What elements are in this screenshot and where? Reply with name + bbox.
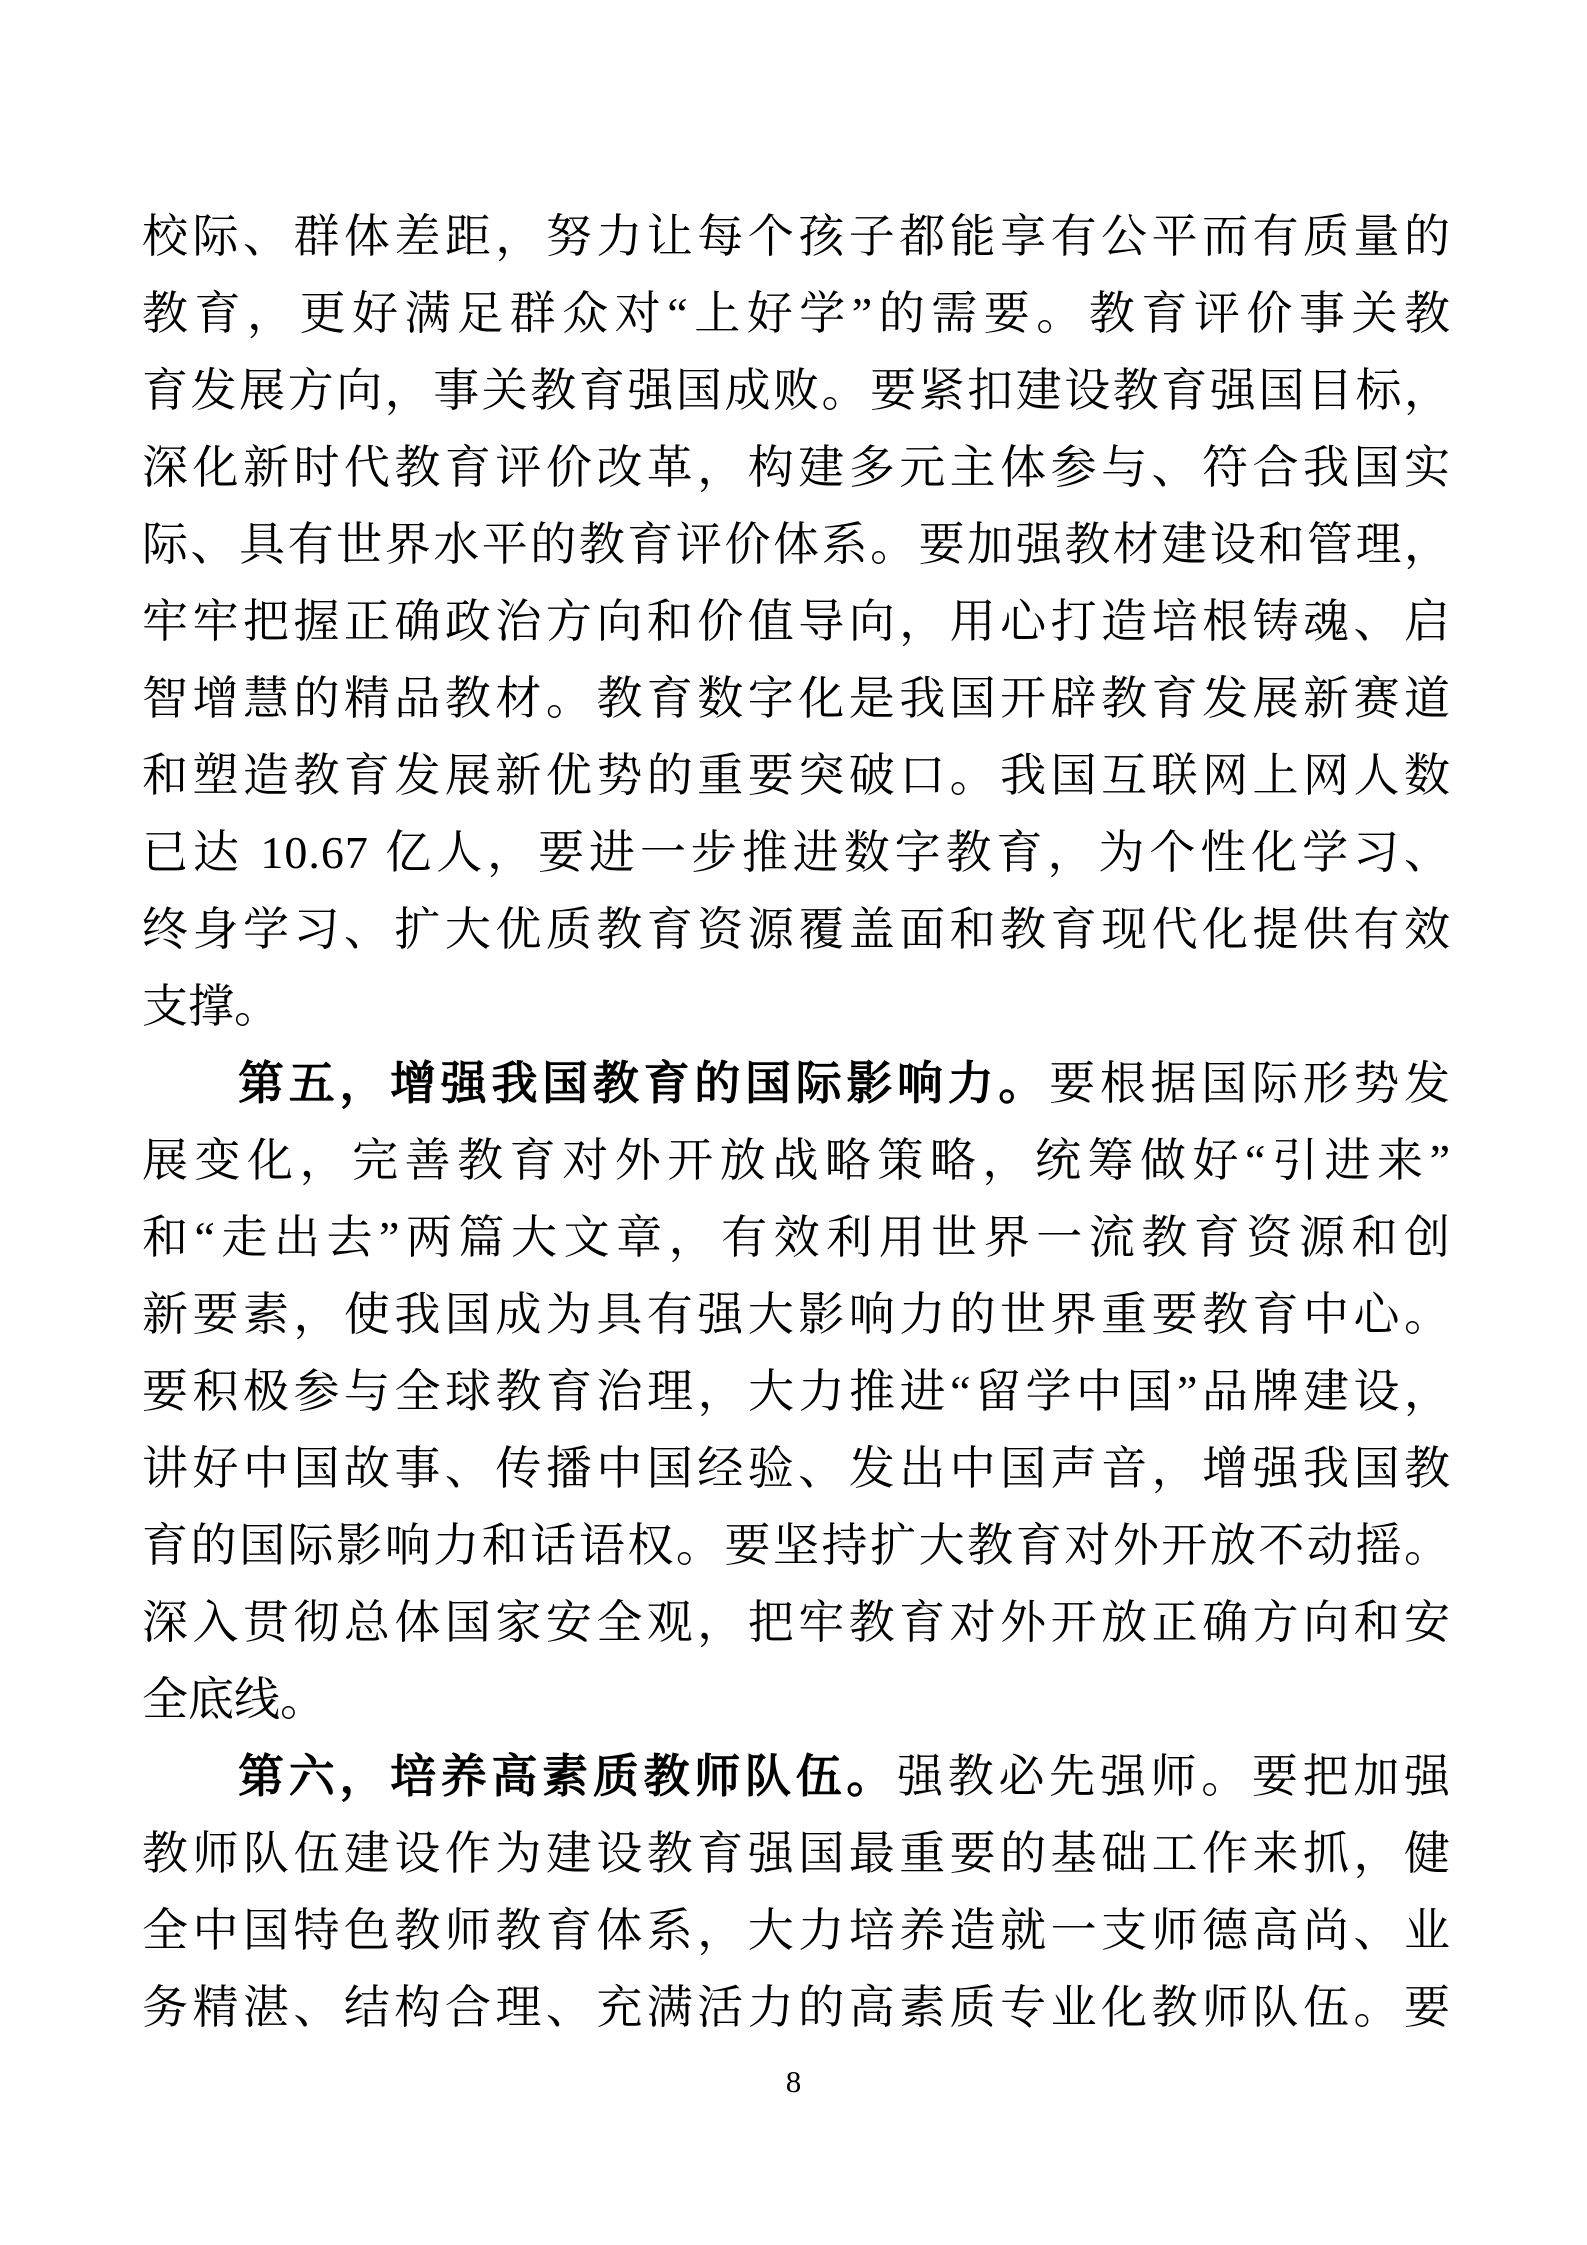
text-line: 智增慧的精品教材。教育数字化是我国开辟教育发展新赛道 <box>142 660 1450 737</box>
text-segment: 新要素，使我国成为具有强大影响力的世界重要教育中心。 <box>142 1289 1450 1340</box>
text-segment: 终身学习、扩大优质教育资源覆盖面和教育现代化提供有效 <box>142 904 1450 955</box>
text-segment: 育发展方向，事关教育强国成败。要紧扣建设教育强国目标， <box>142 365 1450 416</box>
text-segment: 和“走出去”两篇大文章，有效利用世界一流教育资源和创 <box>142 1212 1450 1263</box>
text-segment: 深入贯彻总体国家安全观，把牢教育对外开放正确方向和安 <box>142 1597 1450 1648</box>
text-line: 育的国际影响力和话语权。要坚持扩大教育对外开放不动摇。 <box>142 1507 1450 1584</box>
text-segment: 展变化，完善教育对外开放战略策略，统筹做好“引进来” <box>142 1135 1450 1186</box>
text-line: 和“走出去”两篇大文章，有效利用世界一流教育资源和创 <box>142 1199 1450 1276</box>
text-line: 际、具有世界水平的教育评价体系。要加强教材建设和管理， <box>142 506 1450 583</box>
text-line: 要积极参与全球教育治理，大力推进“留学中国”品牌建设， <box>142 1353 1450 1430</box>
text-line: 务精湛、结构合理、充满活力的高素质专业化教师队伍。要 <box>142 1969 1450 2046</box>
text-line: 和塑造教育发展新优势的重要突破口。我国互联网上网人数 <box>142 737 1450 814</box>
text-segment: 讲好中国故事、传播中国经验、发出中国声音，增强我国教 <box>142 1443 1450 1494</box>
text-segment: 第六，培养高素质教师队伍。 <box>238 1750 897 1802</box>
text-line: 牢牢把握正确政治方向和价值导向，用心打造培根铸魂、启 <box>142 583 1450 660</box>
text-line: 深入贯彻总体国家安全观，把牢教育对外开放正确方向和安 <box>142 1584 1450 1661</box>
text-line: 新要素，使我国成为具有强大影响力的世界重要教育中心。 <box>142 1276 1450 1353</box>
text-segment: 务精湛、结构合理、充满活力的高素质专业化教师队伍。要 <box>142 1982 1450 2033</box>
text-line: 讲好中国故事、传播中国经验、发出中国声音，增强我国教 <box>142 1430 1450 1507</box>
text-segment: 全底线。 <box>142 1674 326 1725</box>
text-segment: 校际、群体差距，努力让每个孩子都能享有公平而有质量的 <box>142 211 1450 262</box>
text-line: 第六，培养高素质教师队伍。强教必先强师。要把加强 <box>142 1738 1450 1815</box>
text-line: 支撑。 <box>142 968 1450 1045</box>
text-segment: 教育，更好满足群众对“上好学”的需要。教育评价事关教 <box>142 288 1450 339</box>
page-number: 8 <box>0 2062 1587 2102</box>
text-segment: 牢牢把握正确政治方向和价值导向，用心打造培根铸魂、启 <box>142 596 1450 647</box>
text-segment: 育的国际影响力和话语权。要坚持扩大教育对外开放不动摇。 <box>142 1520 1450 1571</box>
text-segment: 和塑造教育发展新优势的重要突破口。我国互联网上网人数 <box>142 750 1450 801</box>
text-segment: 智增慧的精品教材。教育数字化是我国开辟教育发展新赛道 <box>142 673 1450 724</box>
text-line: 终身学习、扩大优质教育资源覆盖面和教育现代化提供有效 <box>142 891 1450 968</box>
document-text-block: 校际、群体差距，努力让每个孩子都能享有公平而有质量的教育，更好满足群众对“上好学… <box>142 198 1450 2046</box>
text-line: 教师队伍建设作为建设教育强国最重要的基础工作来抓，健 <box>142 1815 1450 1892</box>
text-line: 全中国特色教师教育体系，大力培养造就一支师德高尚、业 <box>142 1892 1450 1969</box>
text-segment: 10.67 <box>260 827 369 878</box>
text-segment: 全中国特色教师教育体系，大力培养造就一支师德高尚、业 <box>142 1905 1450 1956</box>
text-line: 教育，更好满足群众对“上好学”的需要。教育评价事关教 <box>142 275 1450 352</box>
text-line: 深化新时代教育评价改革，构建多元主体参与、符合我国实 <box>142 429 1450 506</box>
text-segment: 要根据国际形势发 <box>1049 1058 1450 1109</box>
text-line: 第五，增强我国教育的国际影响力。要根据国际形势发 <box>142 1045 1450 1122</box>
text-segment: 教师队伍建设作为建设教育强国最重要的基础工作来抓，健 <box>142 1828 1450 1879</box>
text-line: 已达 10.67 亿人，要进一步推进数字教育，为个性化学习、 <box>142 814 1450 891</box>
text-segment: 支撑。 <box>142 981 280 1032</box>
text-line: 全底线。 <box>142 1661 1450 1738</box>
document-page: 校际、群体差距，努力让每个孩子都能享有公平而有质量的教育，更好满足群众对“上好学… <box>0 0 1587 2245</box>
text-segment: 已达 <box>142 827 260 878</box>
text-line: 展变化，完善教育对外开放战略策略，统筹做好“引进来” <box>142 1122 1450 1199</box>
text-segment: 际、具有世界水平的教育评价体系。要加强教材建设和管理， <box>142 519 1450 570</box>
text-segment: 第五，增强我国教育的国际影响力。 <box>238 1057 1049 1109</box>
text-segment: 强教必先强师。要把加强 <box>897 1751 1450 1802</box>
text-line: 校际、群体差距，努力让每个孩子都能享有公平而有质量的 <box>142 198 1450 275</box>
text-line: 育发展方向，事关教育强国成败。要紧扣建设教育强国目标， <box>142 352 1450 429</box>
text-segment: 要积极参与全球教育治理，大力推进“留学中国”品牌建设， <box>142 1366 1450 1417</box>
text-segment: 深化新时代教育评价改革，构建多元主体参与、符合我国实 <box>142 442 1450 493</box>
text-segment: 亿人，要进一步推进数字教育，为个性化学习、 <box>369 827 1450 878</box>
